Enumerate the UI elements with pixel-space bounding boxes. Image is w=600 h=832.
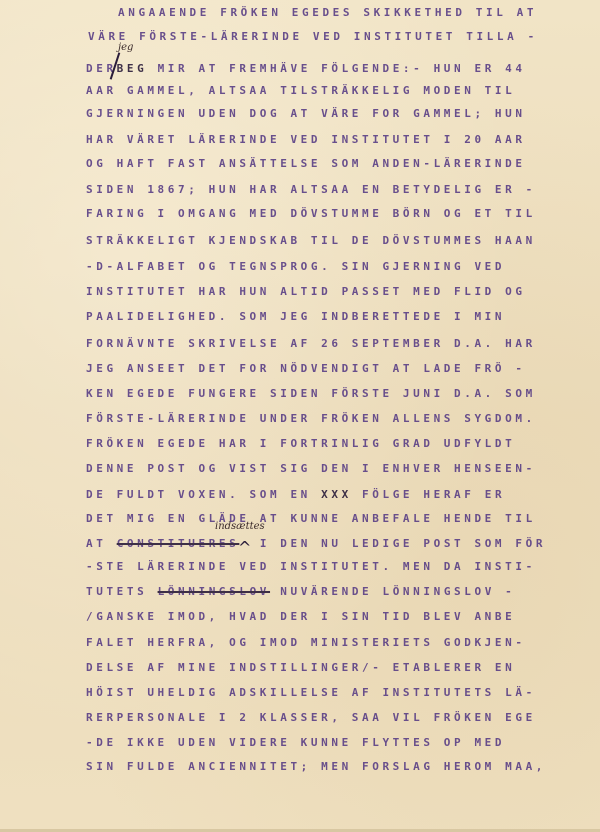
text-line-9: FARING I OMGANG MED DÖVSTUMME BÖRN OG ET…	[86, 207, 536, 220]
text-line-2: VÄRE FÖRSTE-LÄRERINDE VED INSTITUTET TIL…	[88, 30, 538, 43]
text-line-18: FRÖKEN EGEDE HAR I FORTRINLIG GRAD UDFYL…	[86, 437, 515, 450]
crossed-out-word: XXX	[321, 488, 352, 501]
text-line-3-rest: MIR AT FREMHÄVE FÖLGENDE:- HUN ER 44	[158, 62, 526, 75]
text-line-14: FORNÄVNTE SKRIVELSE AF 26 SEPTEMBER D.A.…	[86, 337, 536, 350]
text-line-15: JEG ANSEET DET FOR NÖDVENDIGT AT LADE FR…	[86, 362, 526, 375]
text-line-4: AAR GAMMEL, ALTSAA TILSTRÄKKELIG MODEN T…	[86, 84, 515, 97]
text-line-29: RERPERSONALE I 2 KLASSER, SAA VIL FRÖKEN…	[86, 711, 536, 724]
text-line-31: SIN FULDE ANCIENNITET; MEN FORSLAG HEROM…	[86, 760, 546, 773]
text-line-11: -D-ALFABET OG TEGNSPROG. SIN GJERNING VE…	[86, 260, 505, 273]
document-page: ANGAAENDE FRÖKEN EGEDES SKIKKETHED TIL A…	[0, 0, 600, 832]
text-line-12: INSTITUTET HAR HUN ALTID PASSET MED FLID…	[86, 285, 526, 298]
text-line-24-start: TUTETS	[86, 585, 147, 598]
text-line-22-end: I DEN NU LEDIGE POST SOM FÖR	[260, 537, 546, 550]
text-line-24: TUTETS LÖNNINGSLOV NUVÄRENDE LÖNNINGSLOV…	[86, 585, 515, 598]
text-line-20-start: DE FULDT VOXEN. SOM EN	[86, 488, 311, 501]
struck-word: BEG	[117, 62, 148, 75]
text-line-3: DERBEG MIR AT FREMHÄVE FÖLGENDE:- HUN ER…	[86, 62, 526, 75]
insertion-caret: ^	[238, 538, 251, 557]
text-line-6: HAR VÄRET LÄRERINDE VED INSTITUTET I 20 …	[86, 133, 526, 146]
text-line-7: OG HAFT FAST ANSÄTTELSE SOM ANDEN-LÄRERI…	[86, 157, 526, 170]
text-line-5: GJERNINGEN UDEN DOG AT VÄRE FOR GAMMEL; …	[86, 107, 526, 120]
text-line-20-end: FÖLGE HERAF ER	[362, 488, 505, 501]
text-line-28: HÖIST UHELDIG ADSKILLELSE AF INSTITUTETS…	[86, 686, 536, 699]
struck-word-lonningslov: LÖNNINGSLOV	[158, 585, 270, 598]
text-line-30: -DE IKKE UDEN VIDERE KUNNE FLYTTES OP ME…	[86, 736, 505, 749]
text-line-10: STRÄKKELIGT KJENDSKAB TIL DE DÖVSTUMMES …	[86, 234, 536, 247]
text-line-1: ANGAAENDE FRÖKEN EGEDES SKIKKETHED TIL A…	[118, 6, 537, 19]
text-line-19: DENNE POST OG VIST SIG DEN I ENHVER HENS…	[86, 462, 536, 475]
text-line-26: FALET HERFRA, OG IMOD MINISTERIETS GODKJ…	[86, 636, 526, 649]
text-line-22: AT CONSTITUERES I DEN NU LEDIGE POST SOM…	[86, 537, 546, 550]
text-line-17: FÖRSTE-LÄRERINDE UNDER FRÖKEN ALLENS SYG…	[86, 412, 536, 425]
text-line-23: -STE LÄRERINDE VED INSTITUTET. MEN DA IN…	[86, 560, 536, 573]
text-line-8: SIDEN 1867; HUN HAR ALTSAA EN BETYDELIG …	[86, 183, 536, 196]
handwritten-insertion-indsaettes: indsættes	[215, 521, 265, 532]
struck-word-constitueres: CONSTITUERES	[117, 537, 240, 550]
text-line-20: DE FULDT VOXEN. SOM EN XXX FÖLGE HERAF E…	[86, 488, 505, 501]
text-line-16: KEN EGEDE FUNGERE SIDEN FÖRSTE JUNI D.A.…	[86, 387, 536, 400]
text-line-27: DELSE AF MINE INDSTILLINGER/- ETABLERER …	[86, 661, 515, 674]
text-line-21: DET MIG EN GLÄDE AT KUNNE ANBEFALE HENDE…	[86, 512, 536, 525]
text-line-22-start: AT	[86, 537, 106, 550]
text-line-25: /GANSKE IMOD, HVAD DER I SIN TID BLEV AN…	[86, 610, 515, 623]
handwritten-insertion-jeg: jeg	[118, 42, 133, 53]
text-line-24-end: NUVÄRENDE LÖNNINGSLOV -	[280, 585, 515, 598]
text-line-13: PAALIDELIGHED. SOM JEG INDBERETTEDE I MI…	[86, 310, 505, 323]
